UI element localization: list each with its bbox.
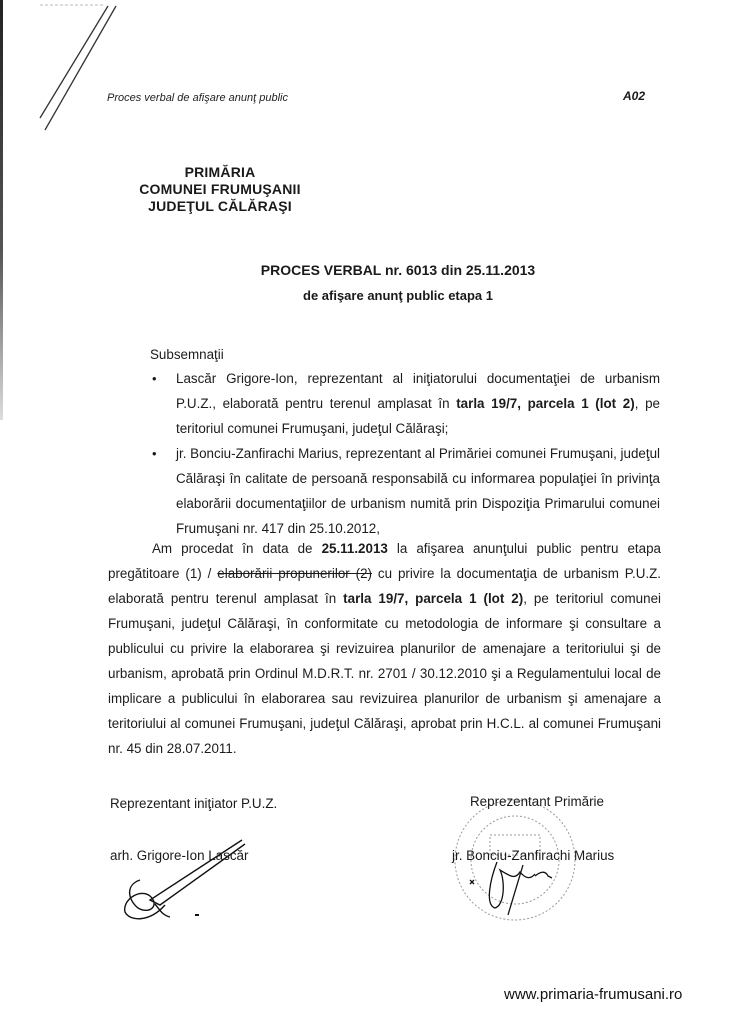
signature-left-title: Reprezentant iniţiator P.U.Z. xyxy=(110,796,277,811)
list-item: jr. Bonciu-Zanfirachi Marius, reprezenta… xyxy=(150,441,660,541)
scan-edge xyxy=(0,0,3,420)
document-title: PROCES VERBAL nr. 6013 din 25.11.2013 xyxy=(0,262,744,278)
posting-date: 25.11.2013 xyxy=(322,541,388,556)
document-type-label: Proces verbal de afişare anunţ public xyxy=(107,92,288,104)
issuer-line: COMUNEI FRUMUŞANII xyxy=(120,181,320,198)
footer-url: www.primaria-frumusani.ro xyxy=(504,986,682,1003)
struck-option: elaborării propunerilor (2) xyxy=(217,566,372,581)
list-item: Lascăr Grigore-Ion, reprezentant al iniţ… xyxy=(150,366,660,441)
location-text: tarla 19/7, parcela 1 (lot 2) xyxy=(343,591,523,606)
issuer-line: PRIMĂRIA xyxy=(120,164,320,181)
signature-left-name: arh. Grigore-Ion Lascăr xyxy=(110,848,248,863)
main-paragraph: Am procedat în data de 25.11.2013 la afi… xyxy=(108,536,661,761)
signature-right-title: Reprezentant Primărie xyxy=(470,794,604,809)
signature-right-icon xyxy=(470,862,552,915)
issuer-block: PRIMĂRIA COMUNEI FRUMUŞANII JUDEŢUL CĂLĂ… xyxy=(120,164,320,215)
issuer-line: JUDEŢUL CĂLĂRAŞI xyxy=(120,198,320,215)
signers-list: Lascăr Grigore-Ion, reprezentant al iniţ… xyxy=(150,366,660,541)
document-code: A02 xyxy=(623,89,645,103)
diagonal-strokes-icon xyxy=(40,5,116,130)
signature-right-name: jr. Bonciu-Zanfirachi Marius xyxy=(452,848,614,863)
intro-label: Subsemnaţii xyxy=(150,342,224,367)
document-subtitle: de afişare anunţ public etapa 1 xyxy=(0,288,744,303)
